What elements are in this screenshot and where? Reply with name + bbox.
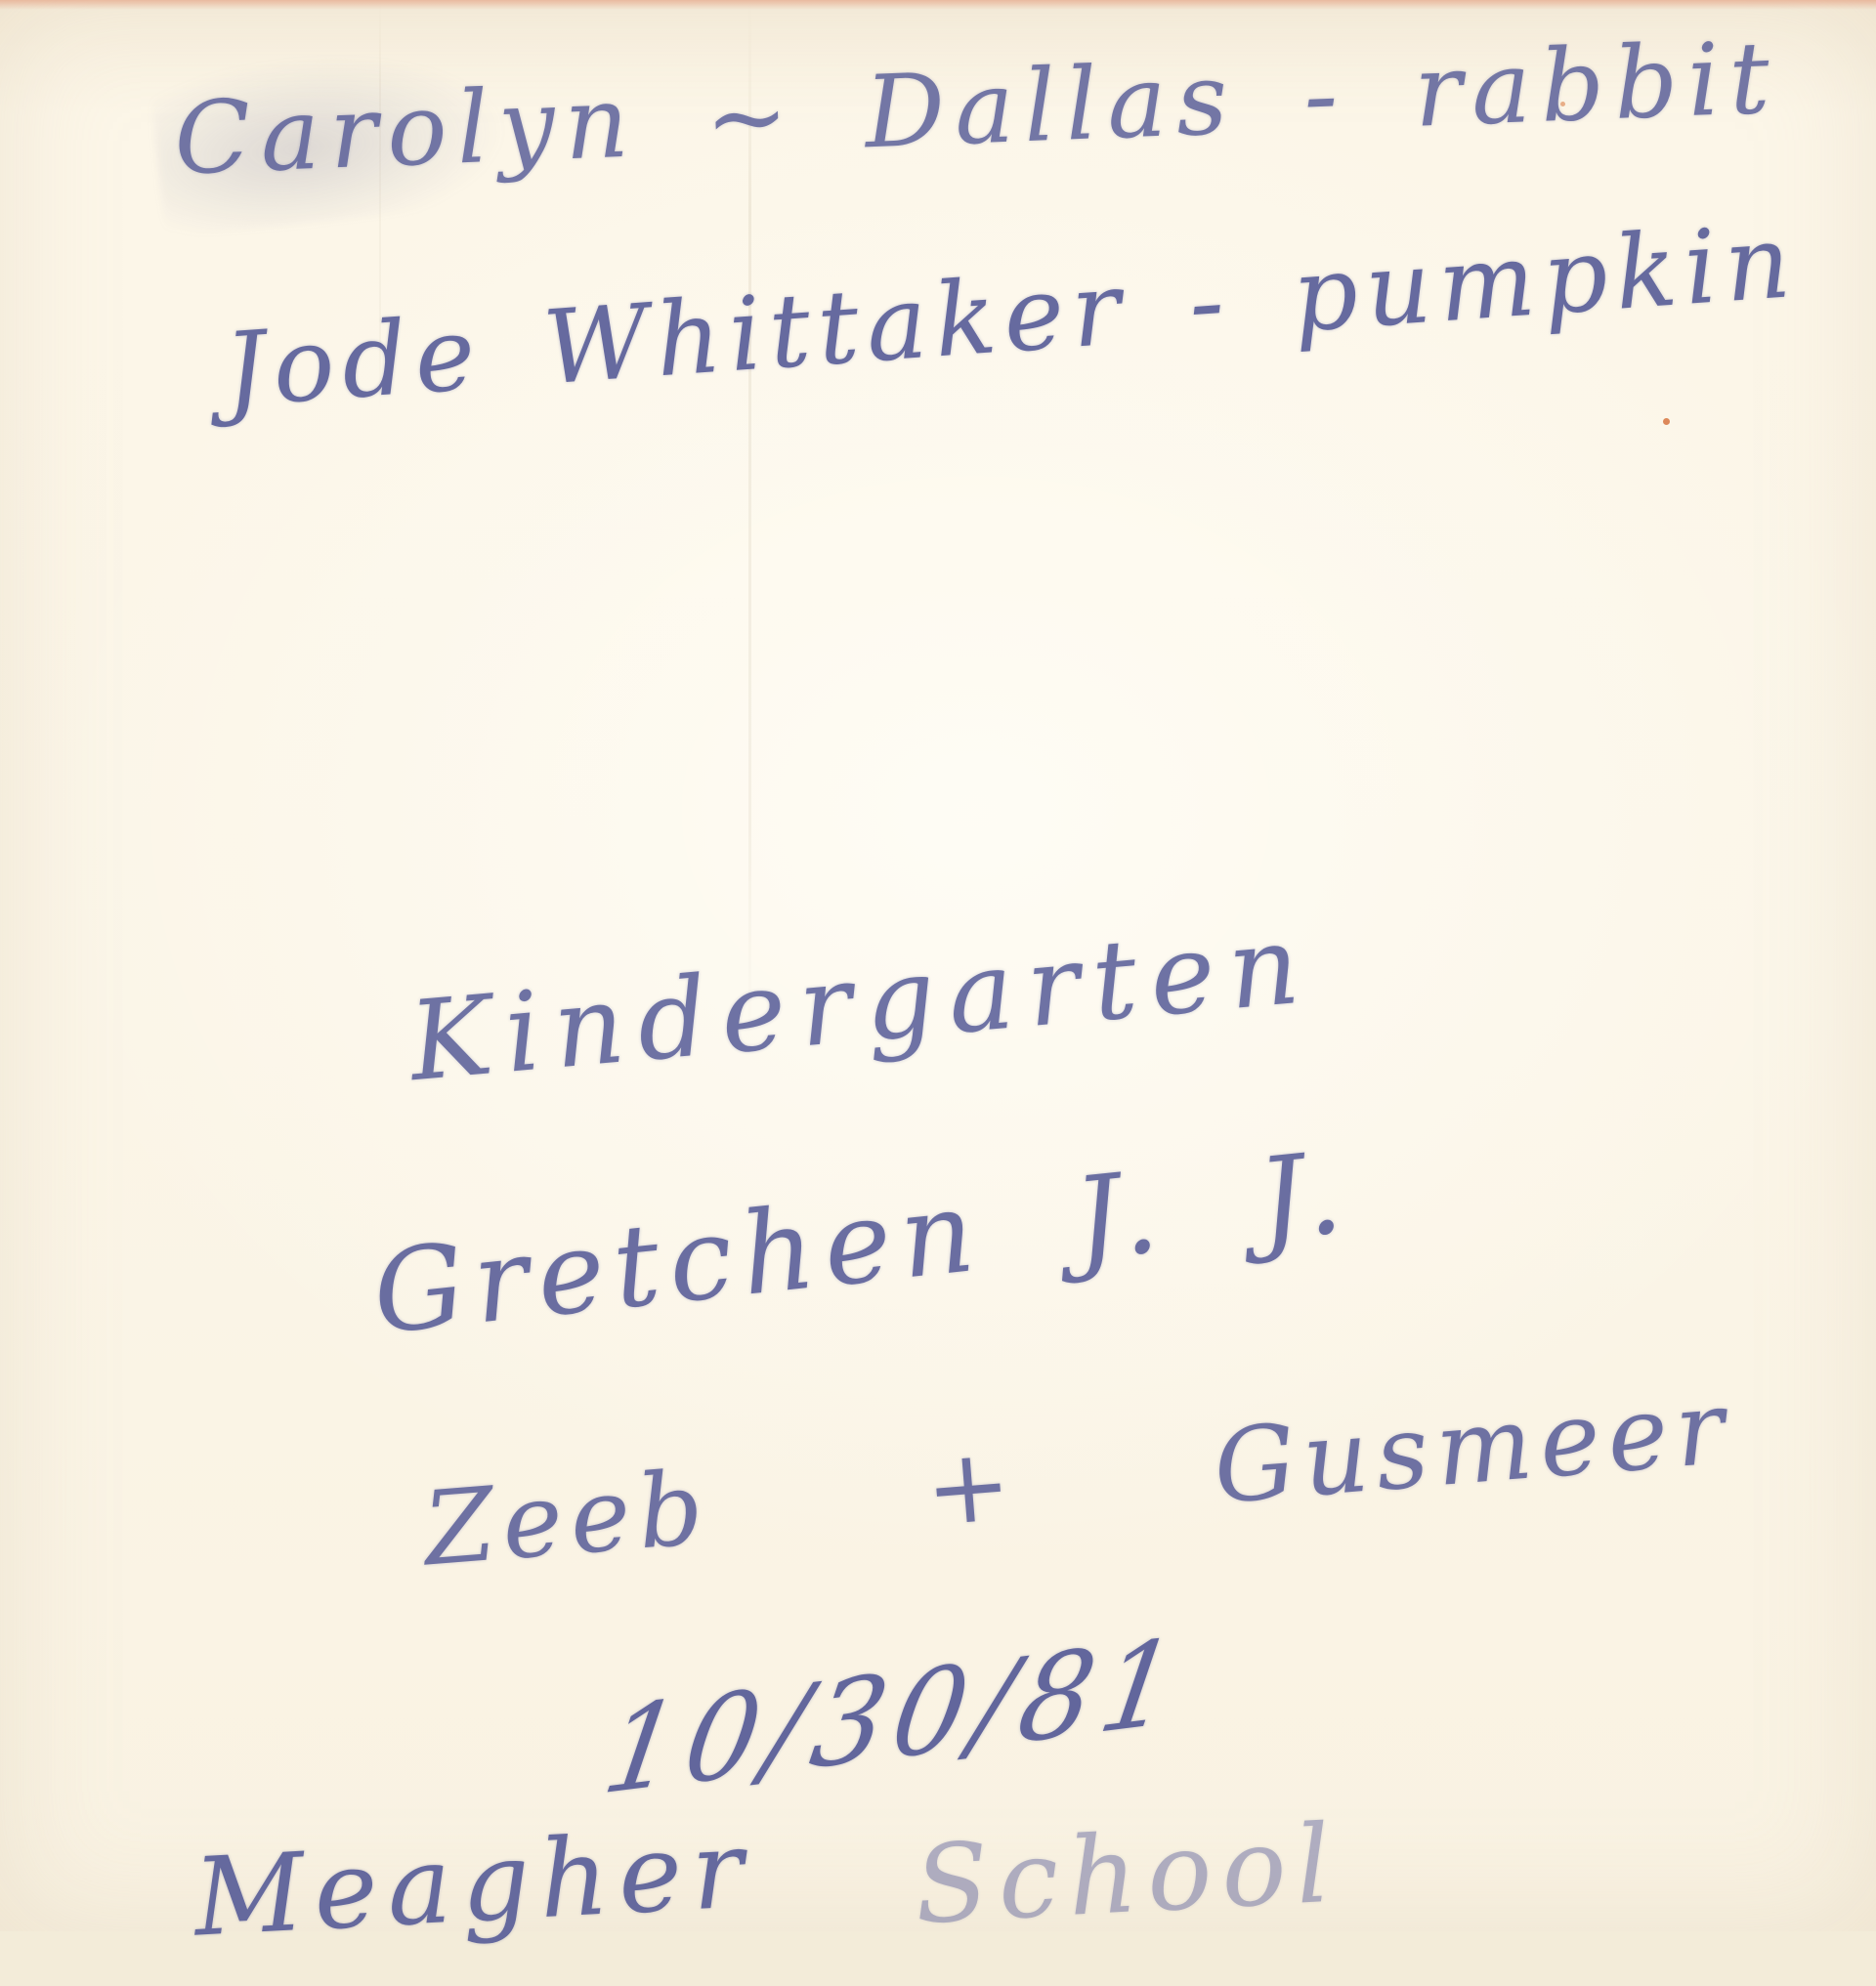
plus-sign: + bbox=[921, 1423, 1023, 1549]
school-name: Meagher bbox=[191, 1806, 755, 1931]
paper-background: Carolyn ~ Dallas - rabbit Jode Whittaker… bbox=[0, 0, 1876, 1931]
paper-speck bbox=[1663, 418, 1670, 425]
handwritten-line-costume-jode: Jode Whittaker - pumpkin bbox=[221, 201, 1802, 430]
handwritten-line-child-name: Gretchen J. J. bbox=[367, 1126, 1358, 1360]
school-word: School bbox=[912, 1800, 1343, 1931]
handwritten-line-teachers: Zeeb + Gusmeer bbox=[419, 1368, 1735, 1589]
scan-top-edge bbox=[0, 0, 1876, 10]
handwritten-line-grade: Kindergarten bbox=[405, 901, 1317, 1106]
teacher-name-gusmeer: Gusmeer bbox=[1210, 1368, 1736, 1527]
teacher-name-zeeb: Zeeb bbox=[419, 1448, 715, 1589]
